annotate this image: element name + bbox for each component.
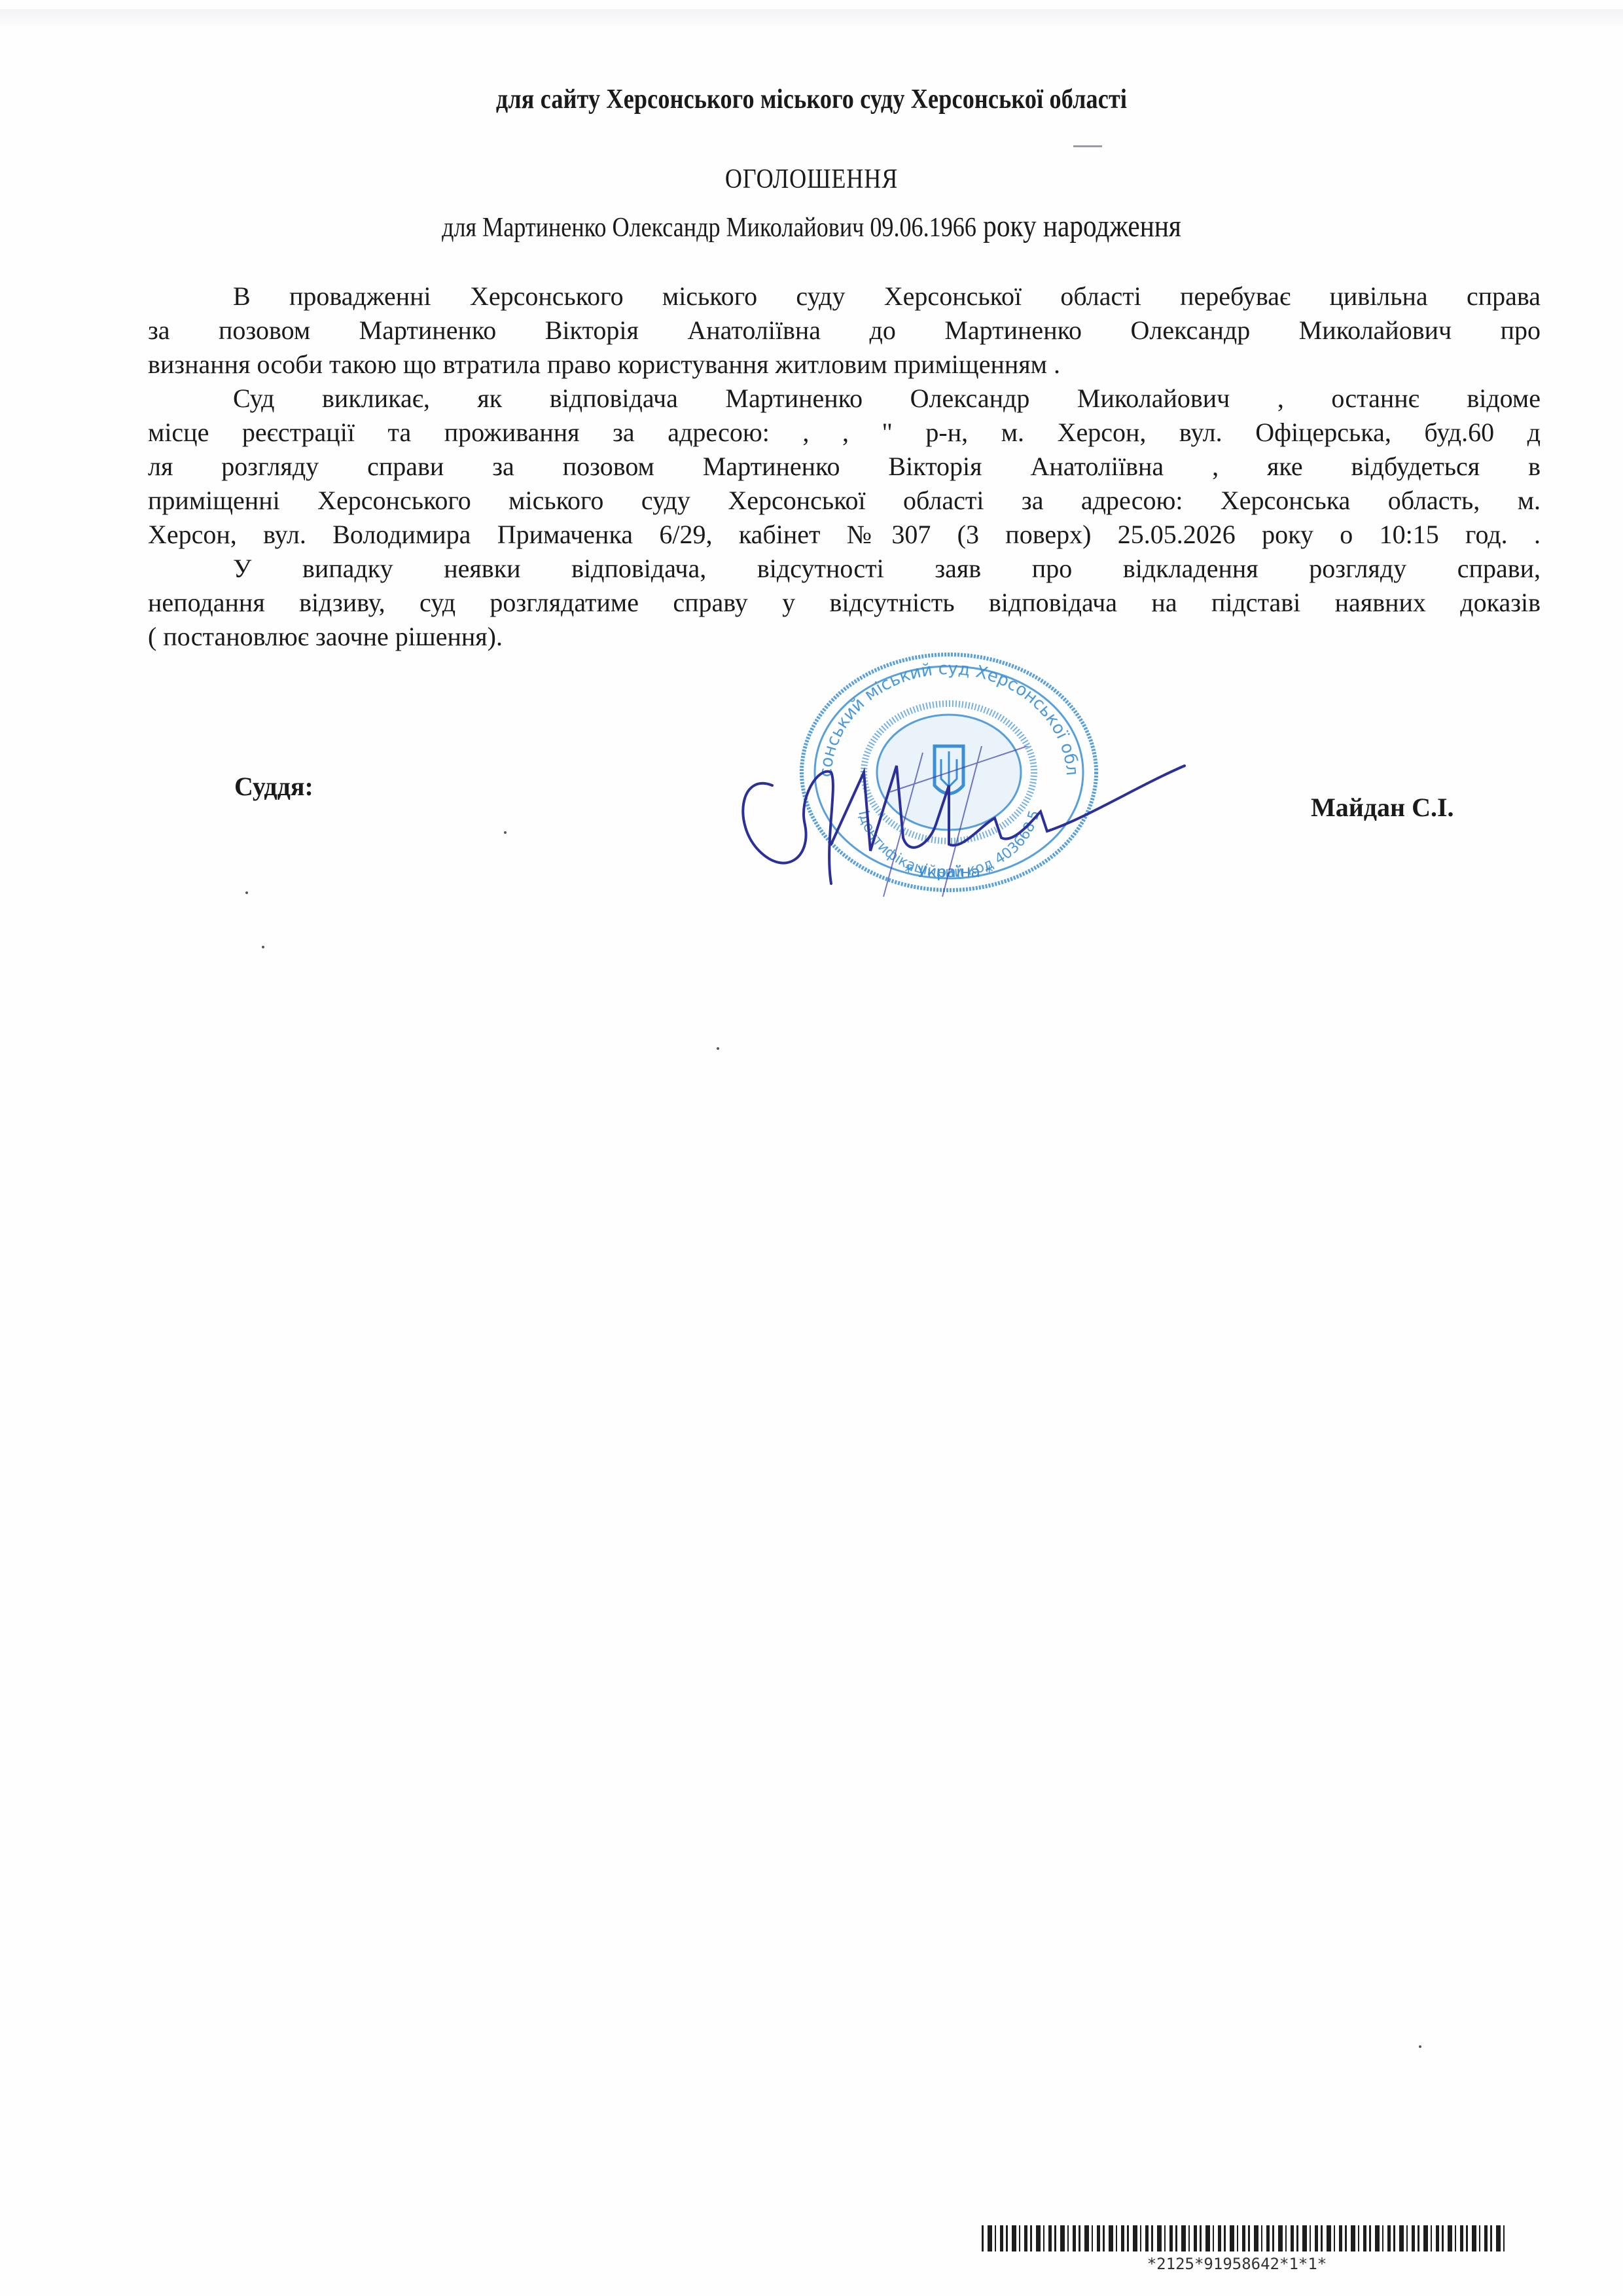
barcode-number: *2125*91958642*1*1* [969, 2255, 1505, 2273]
subtitle-suffix: року народження [976, 209, 1181, 243]
document-barcode-icon [982, 2225, 1505, 2251]
paragraph-line: за позовом Мартиненко Вікторія Анатоліїв… [148, 314, 1541, 348]
paragraph-line: Херсон, вул. Володимира Примаченка 6/29,… [148, 518, 1541, 552]
paragraph-line: Суд викликає, як відповідача Мартиненко … [148, 382, 1541, 416]
paragraph-line: визнання особи такою що втратила право к… [148, 348, 1541, 382]
document-title: ОГОЛОШЕННЯ [114, 164, 1510, 195]
paragraph-default-judgment: У випадку неявки відповідача, відсутност… [148, 552, 1541, 655]
scan-speck [504, 831, 507, 834]
paragraph-line: місце реєстрації та проживання за адресо… [148, 416, 1541, 450]
scan-speck [245, 891, 248, 894]
paragraph-line: У випадку неявки відповідача, відсутност… [148, 552, 1541, 586]
paragraph-summons: Суд викликає, як відповідача Мартиненко … [148, 382, 1541, 552]
judge-name: Майдан С.І. [1311, 792, 1454, 823]
subtitle-name-date: для Мартиненко Олександр Миколайович 09.… [442, 213, 976, 243]
scan-edge-artifact [0, 9, 1623, 29]
document-subtitle: для Мартиненко Олександр Миколайович 09.… [114, 208, 1510, 244]
judge-label: Суддя: [234, 771, 313, 802]
paragraph-proceedings: В провадженні Херсонського міського суду… [148, 280, 1541, 382]
judge-signature-icon [733, 746, 1191, 903]
scan-speck [262, 946, 264, 948]
site-header: для сайту Херсонського міського суду Хер… [114, 84, 1510, 115]
scan-mark [1073, 145, 1102, 147]
paragraph-line: В провадженні Херсонського міського суду… [148, 280, 1541, 314]
scan-speck [717, 1047, 719, 1050]
paragraph-line: неподання відзиву, суд розглядатиме спра… [148, 586, 1541, 620]
scan-speck [1419, 2045, 1421, 2048]
document-body: В провадженні Херсонського міського суду… [148, 280, 1541, 655]
paragraph-line: ля розгляду справи за позовом Мартиненко… [148, 450, 1541, 484]
paragraph-line: приміщенні Херсонського міського суду Хе… [148, 484, 1541, 518]
